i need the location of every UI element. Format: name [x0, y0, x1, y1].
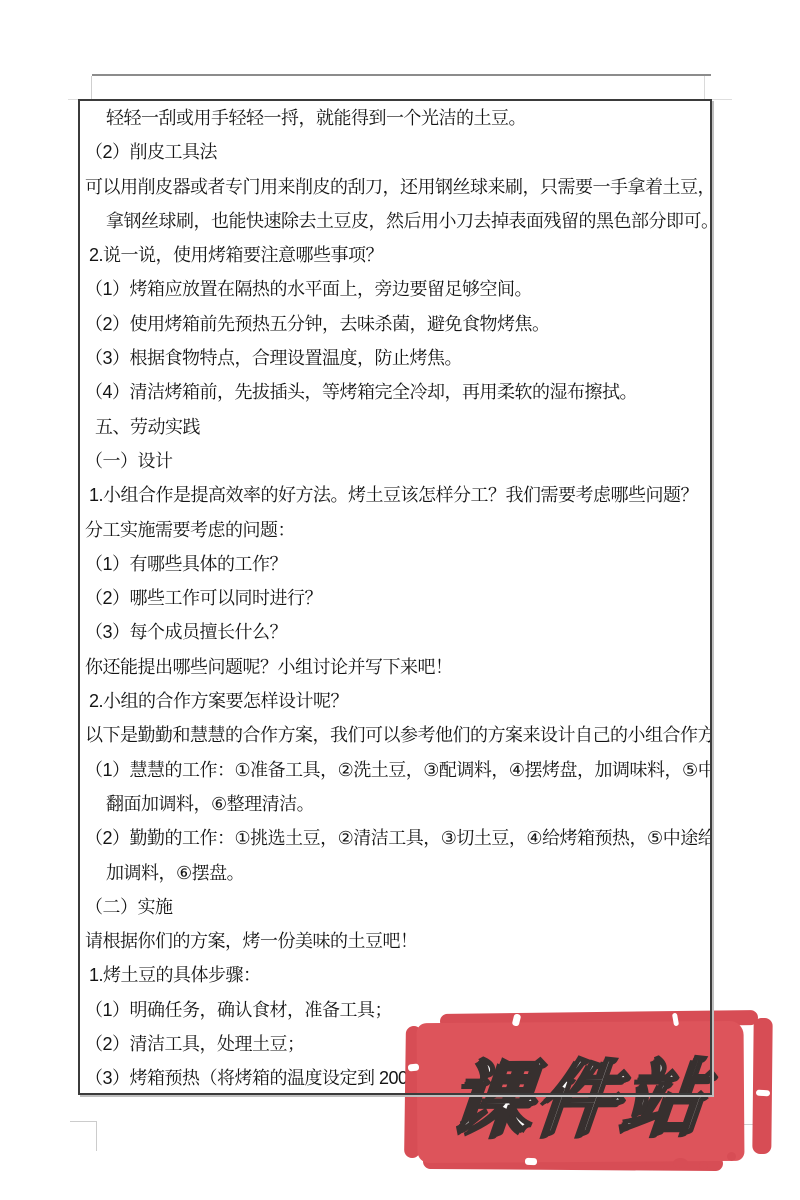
paragraph-line: 2.说一说，使用烤箱要注意哪些事项？	[80, 238, 710, 272]
stamp-frame-right	[752, 1018, 772, 1154]
section-heading: 五、劳动实践	[80, 410, 710, 444]
stamp-grunge-notch	[756, 1090, 770, 1097]
subsection-heading: （二）实施	[80, 890, 710, 924]
paragraph-line: （1）有哪些具体的工作？	[80, 547, 710, 581]
stamp-ink-splatter	[645, 1162, 665, 1170]
lesson-text-block: 轻轻一刮或用手轻轻一捋，就能得到一个光洁的土豆。 （2）削皮工具法 可以用削皮器…	[80, 101, 710, 1093]
stamp-ink-splatter	[673, 1158, 688, 1168]
paragraph-line: 请根据你们的方案，烤一份美味的土豆吧！	[80, 924, 710, 958]
paragraph-line: （2）哪些工作可以同时进行？	[80, 581, 710, 615]
paragraph-line: （1）烤箱应放置在隔热的水平面上，旁边要留足够空间。	[80, 272, 710, 306]
document-page: 轻轻一刮或用手轻轻一捋，就能得到一个光洁的土豆。 （2）削皮工具法 可以用削皮器…	[0, 0, 800, 1200]
stamp-ink-splatter	[727, 1152, 736, 1161]
paragraph-line: （4）清洁烤箱前，先拔插头，等烤箱完全冷却，再用柔软的湿布擦拭。	[80, 375, 710, 409]
kejianzhan-watermark-stamp: 课件站	[405, 1012, 772, 1174]
stamp-ink-splatter	[699, 1161, 708, 1170]
paragraph-line: 你还能提出哪些问题呢？小组讨论并写下来吧！	[80, 650, 710, 684]
paragraph-line: （3）根据食物特点，合理设置温度，防止烤焦。	[80, 341, 710, 375]
page-boundary-tick-right	[704, 76, 705, 99]
paragraph-line: 2.小组的合作方案要怎样设计呢？	[80, 684, 710, 718]
subsection-heading: （一）设计	[80, 444, 710, 478]
paragraph-line: 1.烤土豆的具体步骤：	[80, 958, 710, 992]
paragraph-line: 分工实施需要考虑的问题：	[80, 513, 710, 547]
text-boundary-corner-mark-h	[70, 1121, 97, 1122]
stamp-background: 课件站	[417, 1021, 745, 1163]
paragraph-line: 1.小组合作是提高效率的好方法。烤土豆该怎样分工？我们需要考虑哪些问题？	[80, 478, 710, 512]
stamp-text: 课件站	[446, 1033, 715, 1152]
paragraph-line: （1）慧慧的工作：①准备工具，②洗土豆，③配调料，④摆烤盘，加调味料，⑤中途给土…	[80, 753, 710, 787]
page-top-boundary-line	[92, 74, 711, 76]
paragraph-line: 可以用削皮器或者专门用来削皮的刮刀，还用钢丝球来刷，只需要一手拿着土豆，另一只手	[80, 170, 710, 204]
paragraph-line: （3）每个成员擅长什么？	[80, 615, 710, 649]
paragraph-line: 拿钢丝球刷，也能快速除去土豆皮，然后用小刀去掉表面残留的黑色部分即可。	[80, 204, 710, 238]
stamp-grunge-notch	[525, 1158, 537, 1166]
paragraph-line: （2）削皮工具法	[80, 135, 710, 169]
text-boundary-corner-mark-v	[96, 1121, 97, 1151]
stamp-grunge-notch	[408, 1063, 420, 1071]
cell-gridline-extension-left	[68, 99, 78, 100]
paragraph-line: 以下是勤勤和慧慧的合作方案，我们可以参考他们的方案来设计自己的小组合作方案：	[80, 718, 710, 752]
cell-gridline-extension-right	[712, 99, 732, 100]
paragraph-line: 翻面加调料，⑥整理清洁。	[80, 787, 710, 821]
paragraph-line: 加调料，⑥摆盘。	[80, 856, 710, 890]
page-boundary-tick-left	[91, 76, 92, 99]
paragraph-line: 轻轻一刮或用手轻轻一捋，就能得到一个光洁的土豆。	[80, 101, 710, 135]
paragraph-line: （2）勤勤的工作：①挑选土豆，②清洁工具，③切土豆，④给烤箱预热，⑤中途给土豆翻…	[80, 821, 710, 855]
paragraph-line: （2）使用烤箱前先预热五分钟，去味杀菌，避免食物烤焦。	[80, 307, 710, 341]
